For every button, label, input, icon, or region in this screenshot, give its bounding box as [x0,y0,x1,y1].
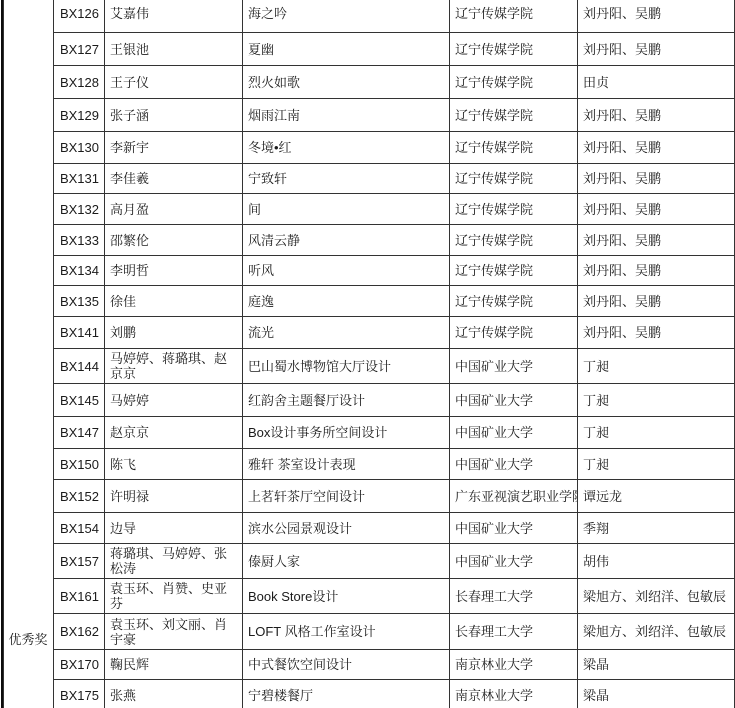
school-cell: 南京林业大学 [450,650,578,680]
id-cell: BX127 [54,33,105,66]
id-cell: BX170 [54,650,105,680]
table-row: BX145马婷婷红韵舍主题餐厅设计中国矿业大学丁昶 [4,384,735,417]
author-cell: 李新宇 [105,132,243,164]
author-cell: 王银池 [105,33,243,66]
work-title-cell: 滨水公园景观设计 [243,513,450,544]
table-row: BX175张燕宁碧楼餐厅南京林业大学梁晶 [4,680,735,708]
work-title-cell: Box设计事务所空间设计 [243,417,450,449]
work-title-cell: 雅轩 茶室设计表现 [243,449,450,480]
document-page: 优秀奖 BX126艾嘉伟海之吟辽宁传媒学院刘丹阳、吴鹏BX127王银池夏幽辽宁传… [0,0,735,708]
table-row: BX141刘鹏流光辽宁传媒学院刘丹阳、吴鹏 [4,317,735,349]
advisors-cell: 丁昶 [578,417,735,449]
id-cell: BX162 [54,614,105,650]
school-cell: 广东亚视演艺职业学院 [450,480,578,513]
table-row: BX134李明哲听风辽宁传媒学院刘丹阳、吴鹏 [4,256,735,286]
author-cell: 马婷婷、蒋璐琪、赵京京 [105,349,243,384]
author-cell: 刘鹏 [105,317,243,349]
awards-table: BX126艾嘉伟海之吟辽宁传媒学院刘丹阳、吴鹏BX127王银池夏幽辽宁传媒学院刘… [3,0,735,708]
id-cell: BX128 [54,66,105,99]
work-title-cell: 宁致轩 [243,164,450,194]
table-row: BX154边导滨水公园景观设计中国矿业大学季翔 [4,513,735,544]
page-left-border [1,0,3,708]
school-cell: 辽宁传媒学院 [450,164,578,194]
advisors-cell: 刘丹阳、吴鹏 [578,33,735,66]
author-cell: 张燕 [105,680,243,708]
table-row: BX150陈飞雅轩 茶室设计表现中国矿业大学丁昶 [4,449,735,480]
work-title-cell: 上茗轩茶厅空间设计 [243,480,450,513]
advisors-cell: 刘丹阳、吴鹏 [578,317,735,349]
work-title-cell: 冬境•红 [243,132,450,164]
author-cell: 徐佳 [105,286,243,317]
work-title-cell: 中式餐饮空间设计 [243,650,450,680]
author-cell: 蒋璐琪、马婷婷、张松涛 [105,544,243,579]
school-cell: 辽宁传媒学院 [450,99,578,132]
school-cell: 中国矿业大学 [450,384,578,417]
id-cell: BX147 [54,417,105,449]
school-cell: 中国矿业大学 [450,449,578,480]
table-row: BX131李佳羲宁致轩辽宁传媒学院刘丹阳、吴鹏 [4,164,735,194]
author-cell: 张子涵 [105,99,243,132]
advisors-cell: 梁晶 [578,650,735,680]
advisors-cell: 胡伟 [578,544,735,579]
table-row: BX127王银池夏幽辽宁传媒学院刘丹阳、吴鹏 [4,33,735,66]
id-cell: BX161 [54,579,105,614]
id-cell: BX150 [54,449,105,480]
school-cell: 南京林业大学 [450,680,578,708]
id-cell: BX129 [54,99,105,132]
advisors-cell: 谭远龙 [578,480,735,513]
school-cell: 中国矿业大学 [450,417,578,449]
work-title-cell: 烈火如歌 [243,66,450,99]
table-row: BX144马婷婷、蒋璐琪、赵京京巴山蜀水博物馆大厅设计中国矿业大学丁昶 [4,349,735,384]
table-row: BX161袁玉环、肖赞、史亚芬Book Store设计长春理工大学梁旭方、刘绍洋… [4,579,735,614]
table-row: BX152许明禄上茗轩茶厅空间设计广东亚视演艺职业学院谭远龙 [4,480,735,513]
author-cell: 李明哲 [105,256,243,286]
author-cell: 高月盈 [105,194,243,225]
table-row: BX135徐佳庭逸辽宁传媒学院刘丹阳、吴鹏 [4,286,735,317]
author-cell: 王子仪 [105,66,243,99]
school-cell: 中国矿业大学 [450,544,578,579]
table-row: BX157蒋璐琪、马婷婷、张松涛傣厨人家中国矿业大学胡伟 [4,544,735,579]
advisors-cell: 刘丹阳、吴鹏 [578,0,735,33]
id-cell: BX157 [54,544,105,579]
work-title-cell: LOFT 风格工作室设计 [243,614,450,650]
author-cell: 边导 [105,513,243,544]
author-cell: 李佳羲 [105,164,243,194]
awards-table-body: BX126艾嘉伟海之吟辽宁传媒学院刘丹阳、吴鹏BX127王银池夏幽辽宁传媒学院刘… [4,0,735,708]
author-cell: 赵京京 [105,417,243,449]
advisors-cell: 田贞 [578,66,735,99]
author-cell: 鞠民辉 [105,650,243,680]
table-row: BX126艾嘉伟海之吟辽宁传媒学院刘丹阳、吴鹏 [4,0,735,33]
work-title-cell: Book Store设计 [243,579,450,614]
advisors-cell: 季翔 [578,513,735,544]
work-title-cell: 烟雨江南 [243,99,450,132]
id-cell: BX133 [54,225,105,256]
author-cell: 邵繁伦 [105,225,243,256]
id-cell: BX130 [54,132,105,164]
advisors-cell: 刘丹阳、吴鹏 [578,132,735,164]
school-cell: 长春理工大学 [450,614,578,650]
id-cell: BX152 [54,480,105,513]
id-cell: BX126 [54,0,105,33]
school-cell: 辽宁传媒学院 [450,225,578,256]
table-row: BX129张子涵烟雨江南辽宁传媒学院刘丹阳、吴鹏 [4,99,735,132]
author-cell: 袁玉环、肖赞、史亚芬 [105,579,243,614]
advisors-cell: 刘丹阳、吴鹏 [578,164,735,194]
id-cell: BX154 [54,513,105,544]
work-title-cell: 夏幽 [243,33,450,66]
school-cell: 中国矿业大学 [450,513,578,544]
author-cell: 艾嘉伟 [105,0,243,33]
work-title-cell: 流光 [243,317,450,349]
advisors-cell: 刘丹阳、吴鹏 [578,286,735,317]
school-cell: 辽宁传媒学院 [450,194,578,225]
id-cell: BX134 [54,256,105,286]
school-cell: 辽宁传媒学院 [450,132,578,164]
id-cell: BX145 [54,384,105,417]
school-cell: 辽宁传媒学院 [450,33,578,66]
author-cell: 陈飞 [105,449,243,480]
table-row: BX170鞠民辉中式餐饮空间设计南京林业大学梁晶 [4,650,735,680]
id-cell: BX175 [54,680,105,708]
table-row: BX162袁玉环、刘文丽、肖宇豪LOFT 风格工作室设计长春理工大学梁旭方、刘绍… [4,614,735,650]
table-row: BX128王子仪烈火如歌辽宁传媒学院田贞 [4,66,735,99]
award-group-cell [4,0,54,708]
id-cell: BX132 [54,194,105,225]
advisors-cell: 刘丹阳、吴鹏 [578,225,735,256]
advisors-cell: 梁旭方、刘绍洋、包敏辰 [578,614,735,650]
work-title-cell: 巴山蜀水博物馆大厅设计 [243,349,450,384]
advisors-cell: 梁旭方、刘绍洋、包敏辰 [578,579,735,614]
school-cell: 辽宁传媒学院 [450,317,578,349]
work-title-cell: 间 [243,194,450,225]
advisors-cell: 刘丹阳、吴鹏 [578,99,735,132]
advisors-cell: 刘丹阳、吴鹏 [578,256,735,286]
work-title-cell: 红韵舍主题餐厅设计 [243,384,450,417]
school-cell: 辽宁传媒学院 [450,286,578,317]
school-cell: 辽宁传媒学院 [450,66,578,99]
id-cell: BX144 [54,349,105,384]
table-row: BX133邵繁伦风清云静辽宁传媒学院刘丹阳、吴鹏 [4,225,735,256]
work-title-cell: 傣厨人家 [243,544,450,579]
author-cell: 许明禄 [105,480,243,513]
work-title-cell: 宁碧楼餐厅 [243,680,450,708]
school-cell: 辽宁传媒学院 [450,0,578,33]
work-title-cell: 海之吟 [243,0,450,33]
table-row: BX132高月盈间辽宁传媒学院刘丹阳、吴鹏 [4,194,735,225]
author-cell: 马婷婷 [105,384,243,417]
school-cell: 辽宁传媒学院 [450,256,578,286]
advisors-cell: 丁昶 [578,349,735,384]
school-cell: 长春理工大学 [450,579,578,614]
advisors-cell: 刘丹阳、吴鹏 [578,194,735,225]
school-cell: 中国矿业大学 [450,349,578,384]
author-cell: 袁玉环、刘文丽、肖宇豪 [105,614,243,650]
advisors-cell: 丁昶 [578,384,735,417]
work-title-cell: 风清云静 [243,225,450,256]
advisors-cell: 丁昶 [578,449,735,480]
award-group-label: 优秀奖 [3,629,53,648]
table-row: BX130李新宇冬境•红辽宁传媒学院刘丹阳、吴鹏 [4,132,735,164]
id-cell: BX135 [54,286,105,317]
work-title-cell: 听风 [243,256,450,286]
table-row: BX147赵京京Box设计事务所空间设计中国矿业大学丁昶 [4,417,735,449]
work-title-cell: 庭逸 [243,286,450,317]
id-cell: BX131 [54,164,105,194]
id-cell: BX141 [54,317,105,349]
advisors-cell: 梁晶 [578,680,735,708]
